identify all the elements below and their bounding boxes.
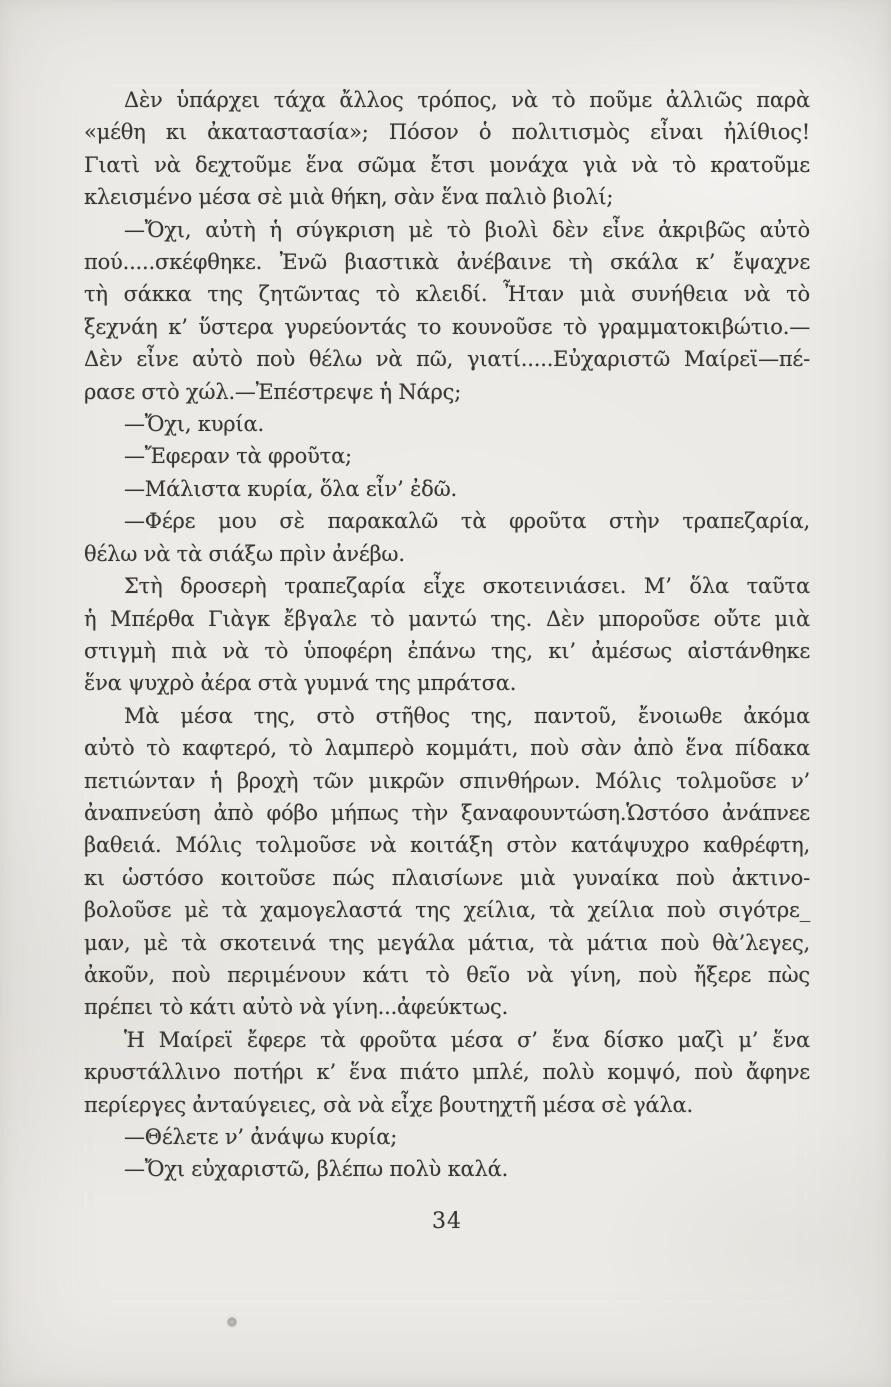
text-line: —Φέρε μου σὲ παρακαλῶ τὰ φροῦτα στὴν τρα… (84, 505, 810, 537)
text-line: Ἡ Μαίρεϊ ἔφερε τὰ φροῦτα μέσα σ’ ἕνα δίσ… (84, 1024, 810, 1056)
text-line: —Θέλετε ν’ ἀνάψω κυρία; (84, 1121, 810, 1153)
text-line: Δὲν ὑπάρχει τάχα ἄλλος τρόπος, νὰ τὸ ποῦ… (84, 84, 810, 116)
text-line: —Ὄχι, αὐτὴ ἡ σύγκριση μὲ τὸ βιολὶ δὲν εἶ… (84, 214, 810, 246)
text-line: Μὰ μέσα της, στὸ στῆθος της, παντοῦ, ἔνο… (84, 700, 810, 732)
text-line: πρέπει τὸ κάτι αὐτὸ νὰ γίνη...ἀφεύκτως. (84, 991, 810, 1023)
text-line: ἀναπνεύση ἀπὸ φόβο μήπως τὴν ξαναφουντώσ… (84, 797, 810, 829)
scanned-book-page: Δὲν ὑπάρχει τάχα ἄλλος τρόπος, νὰ τὸ ποῦ… (0, 0, 891, 1387)
text-line: μαν, μὲ τὰ σκοτεινά της μεγάλα μάτια, τὰ… (84, 927, 810, 959)
text-line: —Ὄχι, κυρία. (84, 408, 810, 440)
text-line: ἕνα ψυχρὸ ἀέρα στὰ γυμνά της μπράτσα. (84, 667, 810, 699)
text-line: —Ὄχι εὐχαριστῶ, βλέπω πολὺ καλά. (84, 1153, 810, 1185)
text-line: τὴ σάκκα της ζητῶντας τὸ κλειδί. Ἦταν μι… (84, 278, 810, 310)
text-line: πετιώνταν ἡ βροχὴ τῶν μικρῶν σπινθήρων. … (84, 765, 810, 797)
text-line: βαθειά. Μόλις τολμοῦσε νὰ κοιτάξη στὸν κ… (84, 829, 810, 861)
paper-speck (227, 1317, 237, 1327)
text-line: —Μάλιστα κυρία, ὅλα εἶν’ ἐδῶ. (84, 473, 810, 505)
text-line: «μέθη κι ἀκαταστασία»; Πόσον ὁ πολιτισμὸ… (84, 116, 810, 148)
text-line: Δὲν εἶνε αὐτὸ ποὺ θέλω νὰ πῶ, γιατί.....… (84, 343, 810, 375)
text-line: κρυστάλλινο ποτήρι κ’ ἕνα πιάτο μπλέ, πο… (84, 1056, 810, 1088)
text-line: ξεχνάη κ’ ὕστερα γυρεύοντάς το κουνοῦσε … (84, 311, 810, 343)
text-line: θέλω νὰ τὰ σιάξω πρὶν ἀνέβω. (84, 538, 810, 570)
text-line: ἡ Μπέρθα Γιὰγκ ἔβγαλε τὸ μαντώ της. Δὲν … (84, 603, 810, 635)
text-block: Δὲν ὑπάρχει τάχα ἄλλος τρόπος, νὰ τὸ ποῦ… (84, 84, 810, 1186)
text-line: κλεισμένο μέσα σὲ μιὰ θήκη, σὰν ἕνα παλι… (84, 181, 810, 213)
text-line: Στὴ δροσερὴ τραπεζαρία εἶχε σκοτεινιάσει… (84, 570, 810, 602)
text-line: αὐτὸ τὸ καφτερό, τὸ λαμπερὸ κομμάτι, ποὺ… (84, 732, 810, 764)
text-line: ἀκοῦν, ποὺ περιμένουν κάτι τὸ θεῖο νὰ γί… (84, 959, 810, 991)
text-line: ρασε στὸ χώλ.—Ἐπέστρεψε ἡ Νάρς; (84, 376, 810, 408)
text-line: —Ἔφεραν τὰ φροῦτα; (84, 440, 810, 472)
text-line: στιγμὴ πιὰ νὰ τὸ ὑποφέρη ἐπάνω της, κι’ … (84, 635, 810, 667)
text-line: περίεργες ἀνταύγειες, σὰ νὰ εἶχε βουτηχτ… (84, 1089, 810, 1121)
text-line: βολοῦσε μὲ τὰ χαμογελαστά της χείλια, τὰ… (84, 894, 810, 926)
text-line: κι ὡστόσο κοιτοῦσε πώς πλαισίωνε μιὰ γυν… (84, 862, 810, 894)
page-number: 34 (84, 1206, 810, 1238)
text-line: Γιατὶ νὰ δεχτοῦμε ἕνα σῶμα ἔτσι μονάχα γ… (84, 149, 810, 181)
text-line: πού.....σκέφθηκε. Ἐνῶ βιαστικὰ ἀνέβαινε … (84, 246, 810, 278)
